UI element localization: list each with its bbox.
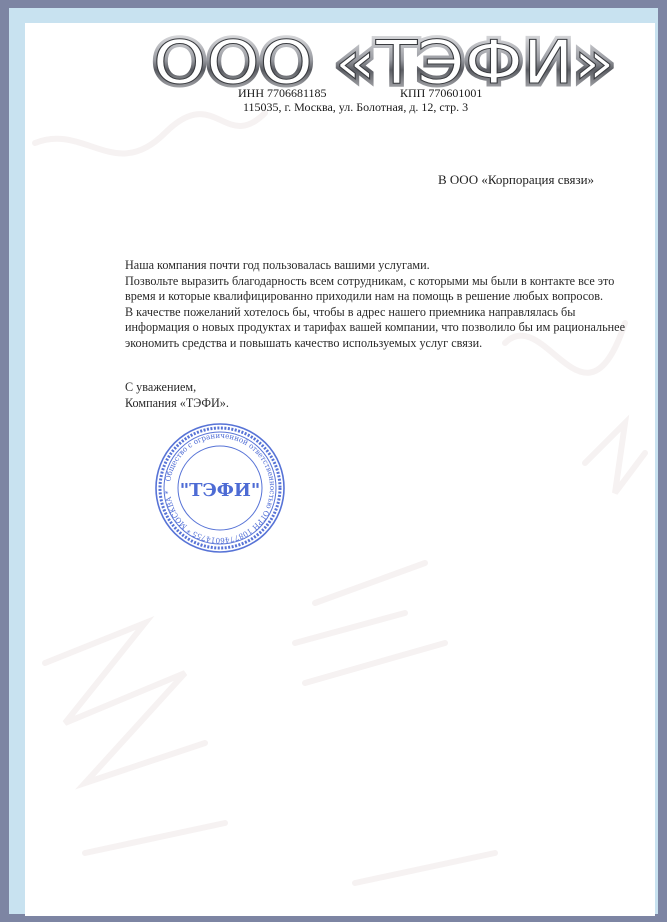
body-paragraph: В качестве пожеланий хотелось бы, чтобы … — [125, 305, 625, 352]
signature: Компания «ТЭФИ». — [125, 396, 229, 412]
company-address: 115035, г. Москва, ул. Болотная, д. 12, … — [243, 100, 468, 114]
closing: С уважением, — [125, 380, 229, 396]
body-paragraph: Позвольте выразить благодарность всем со… — [125, 274, 625, 305]
inn: ИНН 7706681185 — [238, 86, 327, 100]
company-logo: ООО «ТЭФИ» ООО «ТЭФИ» — [149, 27, 619, 91]
svg-text:ООО «ТЭФИ»: ООО «ТЭФИ» — [153, 28, 615, 91]
page-frame: ООО «ТЭФИ» ООО «ТЭФИ» ИНН 7706681185 КПП… — [9, 8, 658, 914]
recipient: В ООО «Корпорация связи» — [438, 172, 594, 188]
company-stamp: Общество с ограниченной ответственностью… — [153, 421, 287, 555]
kpp: КПП 770601001 — [400, 86, 482, 100]
svg-text:"ТЭФИ": "ТЭФИ" — [180, 480, 261, 501]
letter-page: ООО «ТЭФИ» ООО «ТЭФИ» ИНН 7706681185 КПП… — [25, 23, 655, 916]
letter-signoff: С уважением, Компания «ТЭФИ». — [125, 380, 229, 411]
body-paragraph: Наша компания почти год пользовалась ваш… — [125, 258, 625, 274]
background-scribbles — [25, 23, 655, 916]
letter-body: Наша компания почти год пользовалась ваш… — [125, 258, 625, 351]
